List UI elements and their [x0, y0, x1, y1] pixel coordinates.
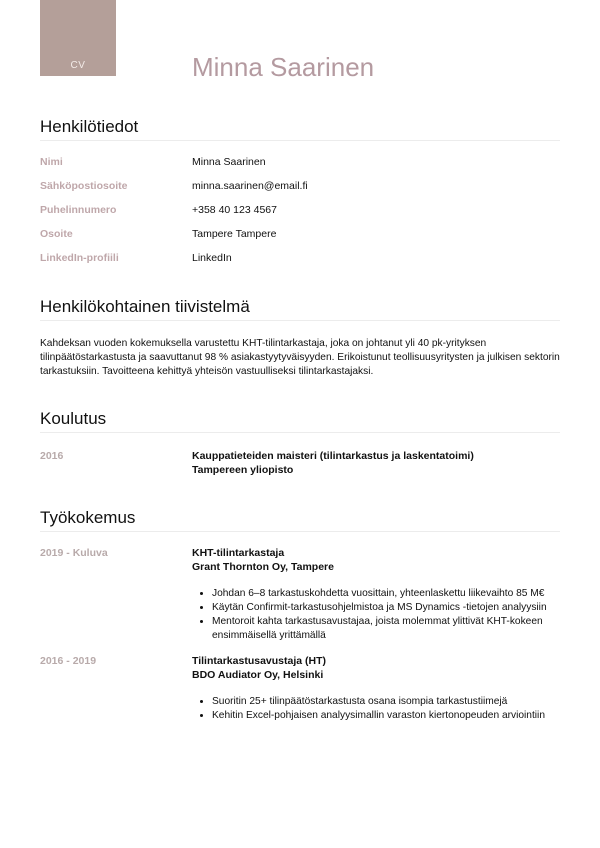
experience-date: 2016 - 2019	[40, 655, 96, 667]
value-email[interactable]: minna.saarinen@email.fi	[192, 180, 308, 192]
value-name: Minna Saarinen	[192, 156, 266, 168]
label-name: Nimi	[40, 156, 63, 168]
experience-company: Grant Thornton Oy, Tampere	[192, 560, 334, 574]
experience-bullets: Suoritin 25+ tilinpäätöstarkastusta osan…	[192, 695, 582, 723]
section-divider	[40, 531, 560, 532]
bullet-item: Suoritin 25+ tilinpäätöstarkastusta osan…	[212, 695, 582, 709]
value-phone: +358 40 123 4567	[192, 204, 277, 216]
summary-text: Kahdeksan vuoden kokemuksella varustettu…	[40, 337, 560, 379]
experience-role: KHT-tilintarkastaja	[192, 546, 284, 560]
section-title-experience: Työkokemus	[40, 508, 135, 528]
education-school: Tampereen yliopisto	[192, 463, 293, 477]
section-divider	[40, 320, 560, 321]
bullet-item: Johdan 6–8 tarkastuskohdetta vuosittain,…	[212, 587, 582, 601]
value-linkedin-link[interactable]: LinkedIn	[192, 252, 232, 264]
experience-date: 2019 - Kuluva	[40, 547, 108, 559]
bullet-item: Käytän Confirmit-tarkastusohjelmistoa ja…	[212, 601, 582, 615]
label-address: Osoite	[40, 228, 73, 240]
photo-label: CV	[40, 60, 116, 71]
bullet-item: Kehitin Excel-pohjaisen analyysimallin v…	[212, 709, 582, 723]
section-title-education: Koulutus	[40, 409, 106, 429]
experience-role: Tilintarkastusavustaja (HT)	[192, 654, 326, 668]
label-email: Sähköpostiosoite	[40, 180, 128, 192]
value-address: Tampere Tampere	[192, 228, 276, 240]
section-divider	[40, 432, 560, 433]
education-date: 2016	[40, 450, 63, 462]
experience-bullets: Johdan 6–8 tarkastuskohdetta vuosittain,…	[192, 587, 582, 643]
section-title-personal: Henkilötiedot	[40, 117, 138, 137]
education-degree: Kauppatieteiden maisteri (tilintarkastus…	[192, 449, 474, 463]
profile-photo-placeholder: CV	[40, 0, 116, 76]
label-phone: Puhelinnumero	[40, 204, 116, 216]
experience-company: BDO Audiator Oy, Helsinki	[192, 668, 323, 682]
section-divider	[40, 140, 560, 141]
label-linkedin: LinkedIn-profiili	[40, 252, 119, 264]
section-title-summary: Henkilökohtainen tiivistelmä	[40, 297, 250, 317]
candidate-name: Minna Saarinen	[192, 52, 374, 83]
bullet-item: Mentoroit kahta tarkastusavustajaa, jois…	[212, 615, 582, 643]
